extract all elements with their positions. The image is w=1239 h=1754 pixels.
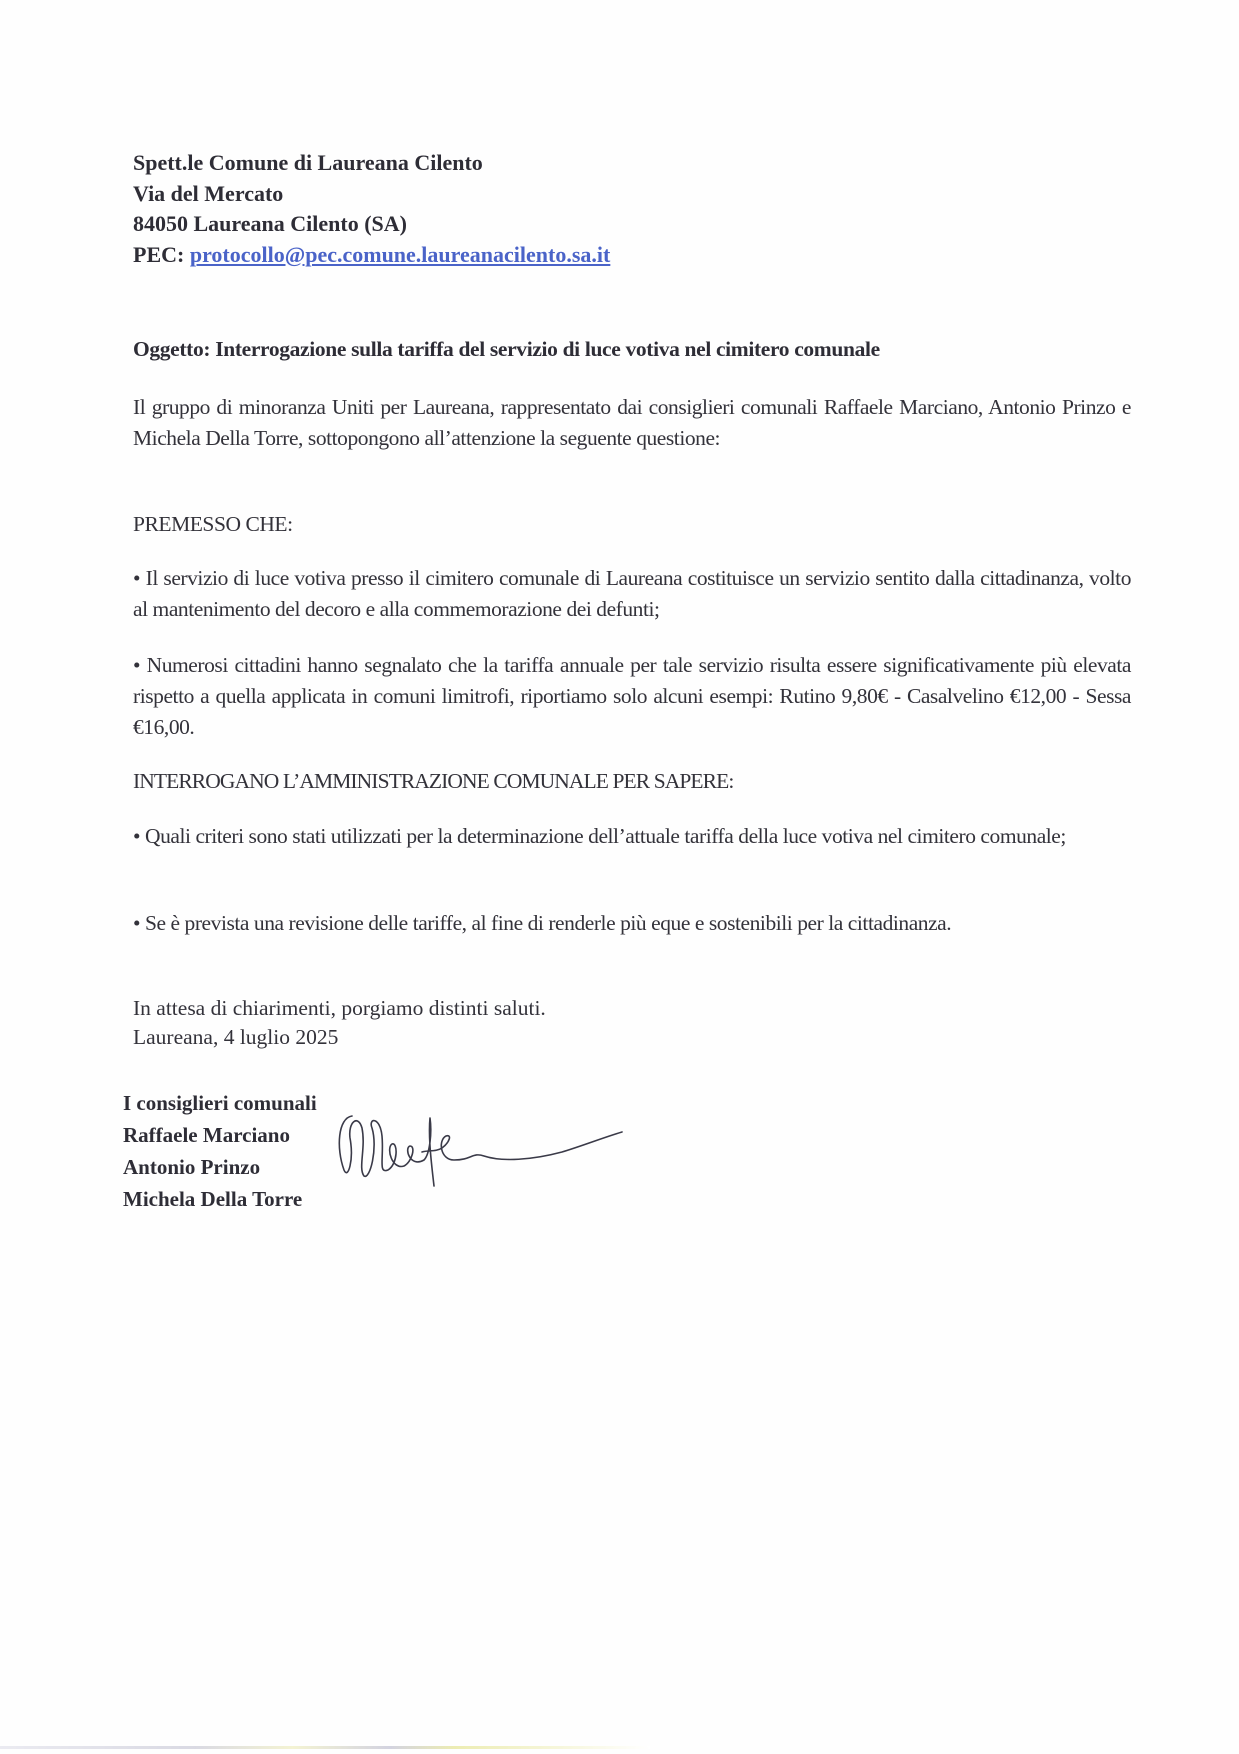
premesso-heading: PREMESSO CHE: (133, 509, 1131, 540)
premesso-item: • Il servizio di luce votiva presso il c… (133, 563, 1131, 625)
closing-place-date: Laureana, 4 luglio 2025 (133, 1023, 1131, 1052)
signatories-block: I consiglieri comunali Raffaele Marciano… (123, 1087, 317, 1215)
scan-edge-artifact (0, 1746, 650, 1749)
recipient-pec: PEC: protocollo@pec.comune.laureanacilen… (133, 240, 610, 271)
subject-line: Oggetto: Interrogazione sulla tariffa de… (133, 337, 880, 362)
pec-email-link[interactable]: protocollo@pec.comune.laureanacilento.sa… (190, 242, 611, 267)
premesso-item: • Numerosi cittadini hanno segnalato che… (133, 650, 1131, 743)
recipient-line-1: Spett.le Comune di Laureana Cilento (133, 148, 610, 179)
intro-paragraph: Il gruppo di minoranza Uniti per Laurean… (133, 392, 1131, 454)
recipient-address: Spett.le Comune di Laureana Cilento Via … (133, 148, 610, 270)
signatories-title: I consiglieri comunali (123, 1087, 317, 1119)
closing-block: In attesa di chiarimenti, porgiamo disti… (133, 994, 1131, 1052)
handwritten-signature (332, 1108, 632, 1188)
recipient-line-2: Via del Mercato (133, 179, 610, 210)
closing-salutation: In attesa di chiarimenti, porgiamo disti… (133, 994, 1131, 1023)
signatory-name: Raffaele Marciano (123, 1119, 317, 1151)
signatory-name: Michela Della Torre (123, 1183, 317, 1215)
letter-page: Spett.le Comune di Laureana Cilento Via … (0, 0, 1239, 1754)
signatory-name: Antonio Prinzo (123, 1151, 317, 1183)
interrogano-heading: INTERROGANO L’AMMINISTRAZIONE COMUNALE P… (133, 766, 1131, 797)
recipient-line-3: 84050 Laureana Cilento (SA) (133, 209, 610, 240)
pec-label: PEC: (133, 242, 184, 267)
interrogano-item: • Quali criteri sono stati utilizzati pe… (133, 821, 1131, 852)
interrogano-item: • Se è prevista una revisione delle tari… (133, 908, 1131, 939)
